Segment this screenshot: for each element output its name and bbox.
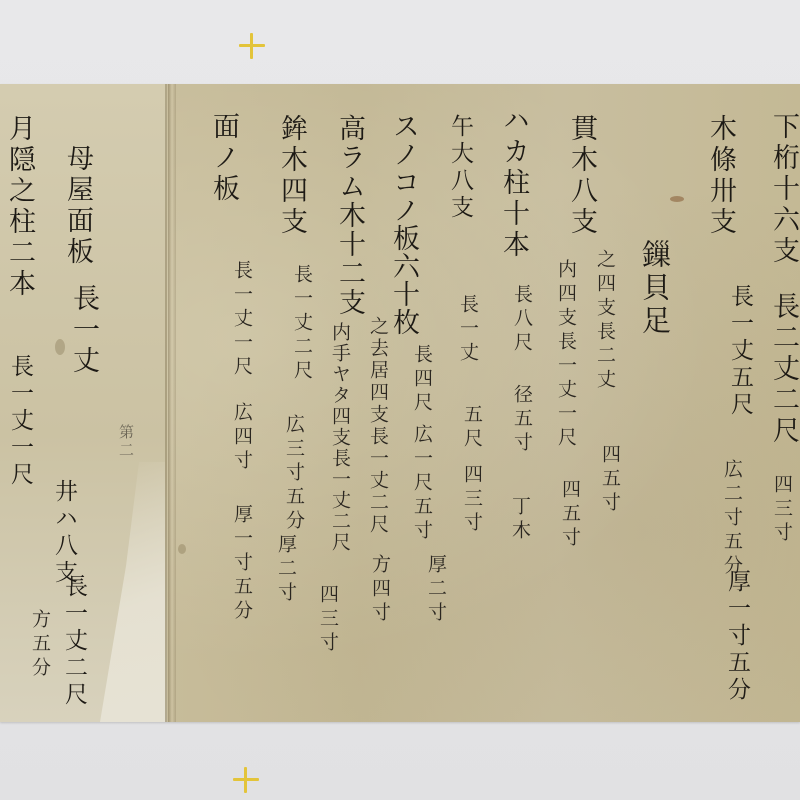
column-4-main: 貫木八支 xyxy=(568,114,595,238)
column-8-sub-3: 内手ヤタ四支長一丈二尺 xyxy=(330,322,349,553)
column-10-sub-3: 厚一寸五分 xyxy=(232,504,251,624)
column-4-sub-4: 四五寸 xyxy=(560,479,579,551)
column-1-sub-2: 四三寸 xyxy=(772,474,791,546)
registration-mark-bottom xyxy=(233,767,259,793)
column-10-main: 面ノ板 xyxy=(210,112,237,205)
column-3-main: 鏁貝足 xyxy=(640,239,669,338)
marginal-note: 第二 xyxy=(118,424,133,460)
column-2-sub-1: 長一丈五尺 xyxy=(728,284,751,419)
column-13-sub-1: 長一丈二尺 xyxy=(62,574,85,709)
column-4-sub-3: 内四支長一丈一尺 xyxy=(556,259,575,451)
column-7-sub-3: 厚二寸 xyxy=(426,554,445,626)
column-6-sub-2: 五尺 xyxy=(462,404,481,452)
column-9-sub-2: 広三寸五分 xyxy=(284,414,303,534)
paper-stain xyxy=(178,544,186,554)
manuscript-scroll: 下桁十六支 長二丈二尺 四三寸 木條卅支 長一丈五尺 広二寸五分 厚一寸五分 鏁… xyxy=(0,84,800,722)
column-5-sub-2: 径五寸 xyxy=(512,384,531,456)
column-1-main: 下桁十六支 xyxy=(770,112,797,267)
registration-mark-top xyxy=(239,33,265,59)
sheet-join-seam xyxy=(168,84,176,722)
column-2-sub-2: 広二寸五分 xyxy=(722,459,741,579)
column-2-main: 木條卅支 xyxy=(707,114,734,238)
column-12-sub-1: 長一丈一尺 xyxy=(8,354,31,489)
column-8-sub-1: 之去居四支長一丈二尺 xyxy=(368,316,387,536)
column-10-sub-1: 長一丈一尺 xyxy=(232,260,251,380)
torn-paper-edge xyxy=(100,462,165,722)
column-9-main: 鉾木四支 xyxy=(278,114,305,238)
column-6-sub-3: 四三寸 xyxy=(462,464,481,536)
column-13-main: 井ハ八支 xyxy=(52,479,75,587)
column-13-sub-2: 方五分 xyxy=(30,609,49,681)
column-9-sub-3: 厚二寸 xyxy=(276,534,295,606)
column-6-sub-1: 長一丈 xyxy=(458,294,477,366)
paper-stain xyxy=(55,339,65,355)
column-7-sub-1: 長四尺 xyxy=(412,344,431,416)
column-12-main: 月隠之柱二本 xyxy=(6,114,33,300)
column-6-main: 午大八支 xyxy=(448,114,471,222)
column-10-sub-2: 広四寸 xyxy=(232,402,251,474)
paper-stain xyxy=(670,196,684,202)
column-5-main: ハカ柱十本 xyxy=(500,106,527,261)
column-8-sub-4: 四三寸 xyxy=(318,584,337,656)
column-7-main: スノコノ板六十枚 xyxy=(390,112,417,336)
column-1-sub-1: 長二丈二尺 xyxy=(770,292,797,447)
column-7-sub-2: 広一尺五寸 xyxy=(412,424,431,544)
column-5-sub-3: 丁木 xyxy=(510,496,529,544)
column-11-sub-1: 長一丈 xyxy=(70,284,97,377)
column-4-sub-2: 四五寸 xyxy=(600,444,619,516)
column-9-sub-1: 長一丈二尺 xyxy=(292,264,311,384)
column-11-main: 母屋面板 xyxy=(64,144,91,268)
column-5-sub-1: 長八尺 xyxy=(512,284,531,356)
column-8-sub-2: 方四寸 xyxy=(370,554,389,626)
column-4-sub-1: 之四支長二丈 xyxy=(595,249,614,393)
column-2-sub-3: 厚一寸五分 xyxy=(725,569,748,704)
column-8-main: 高ラム木十二支 xyxy=(336,114,363,317)
